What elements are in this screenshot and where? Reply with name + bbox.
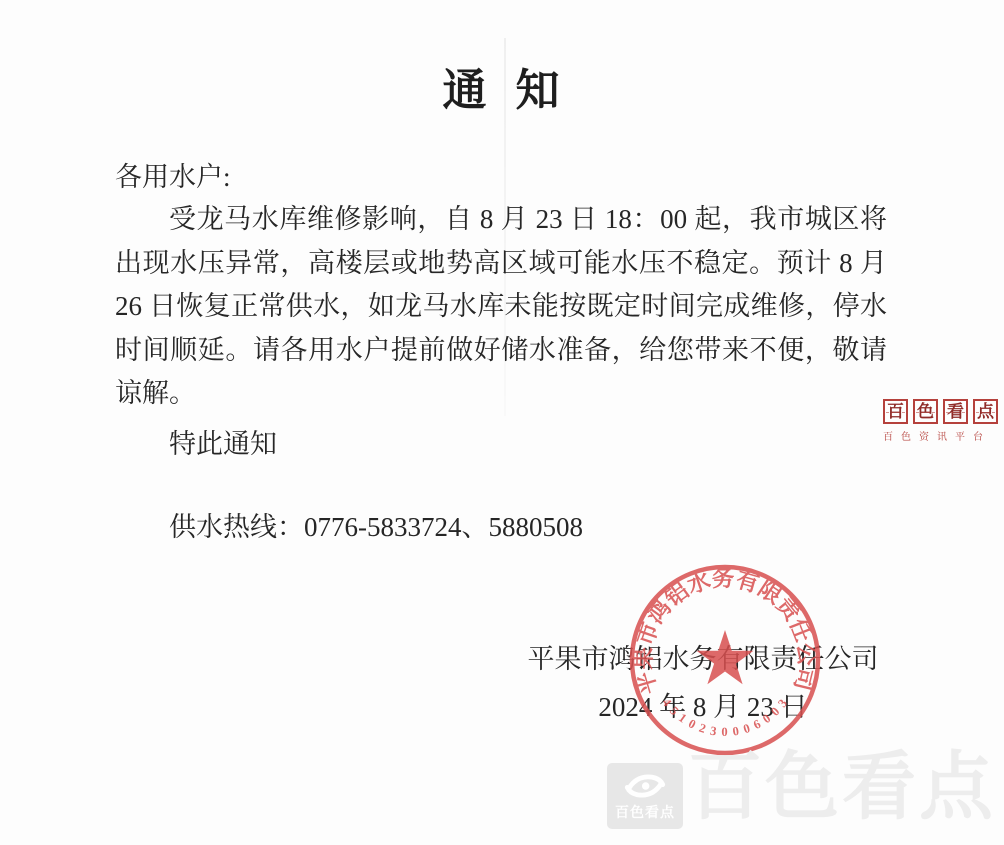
badge-char-3: 看 — [943, 399, 968, 424]
hotline-line: 供水热线：0776-5833724、5880508 — [115, 505, 583, 544]
star-icon — [697, 630, 754, 684]
badge-char-1: 百 — [883, 399, 908, 424]
badge-subtitle: 百色资讯平台 — [883, 428, 999, 443]
baise-kandian-logo: 百色看点 — [607, 763, 683, 829]
company-seal-stamp: 平果市鸿铝水务有限责任公司 4510230006003 — [625, 560, 825, 760]
swirl-eye-icon — [622, 771, 668, 801]
stamp-serial-number: 4510230006003 — [659, 696, 790, 739]
notice-title: 通 知 — [0, 54, 1004, 118]
watermark-big-text: 百色看点 — [688, 750, 996, 824]
notice-body: 受龙马水库维修影响，自 8 月 23 日 18：00 起，我市城区将出现水压异常… — [115, 198, 887, 416]
badge-char-4: 点 — [973, 399, 998, 424]
badge-char-row: 百 色 看 点 — [883, 399, 999, 424]
badge-char-2: 色 — [913, 399, 938, 424]
closing-phrase: 特此通知 — [115, 422, 277, 461]
salutation: 各用水户: — [115, 155, 231, 194]
baise-kandian-badge: 百 色 看 点 百色资讯平台 — [883, 399, 999, 443]
svg-text:4510230006003: 4510230006003 — [659, 696, 790, 739]
scanned-notice-page: 通 知 各用水户: 受龙马水库维修影响，自 8 月 23 日 18：00 起，我… — [0, 0, 1004, 845]
logo-label: 百色看点 — [615, 802, 675, 822]
